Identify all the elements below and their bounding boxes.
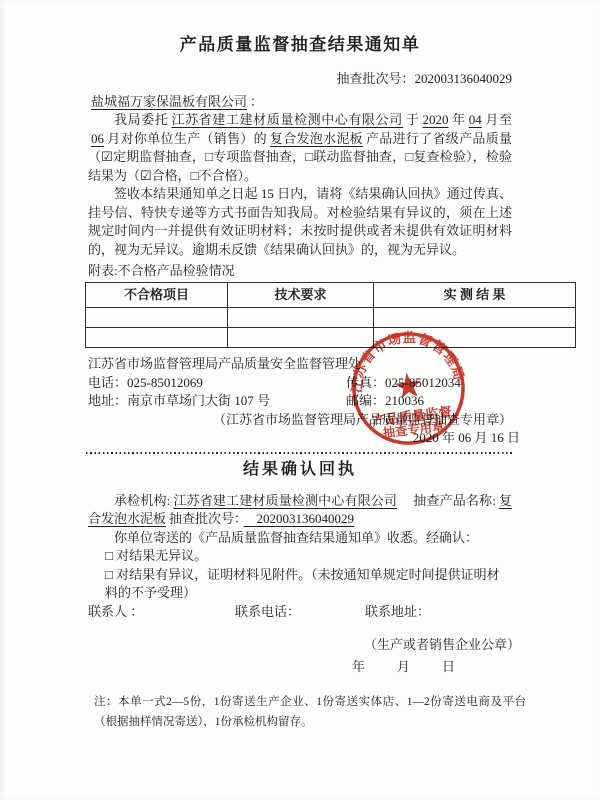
para1-text: 我局委托: [114, 112, 168, 127]
distribution-footnote: 注：本单一式2—5份，1份寄送生产企业、1份寄送实体店、1—2份寄送电商及平台（…: [94, 692, 526, 732]
col-header-technical-requirement: 技术要求: [228, 283, 374, 308]
option-has-objection: □ 对结果有异议，证明材料见附件。（未按通知单规定时间提供证明材料的不予受理）: [88, 566, 512, 603]
table-cell-empty: [86, 308, 228, 328]
agency-address: 地址：南京市草场门大街 107 号: [88, 392, 346, 411]
option-no-objection: □ 对结果无异议。: [88, 547, 512, 566]
attachment-table-label: 附表:不合格产品检验情况: [88, 262, 512, 279]
year-value: 2020: [420, 112, 452, 127]
table-cell-empty: [228, 308, 374, 328]
table-cell-empty: [86, 328, 228, 348]
para1-text: 月至: [485, 112, 512, 127]
red-seal-stamp: 江苏省市场监督管理局 产品质量监督 抽查专用章: [342, 322, 475, 455]
document-title: 产品质量监督抽查结果通知单: [88, 34, 512, 56]
col-header-defect-item: 不合格项目: [86, 283, 228, 308]
batch-number-line: 抽查批次号：202003136040029: [88, 70, 512, 89]
confirm-intro-line: 你单位寄送的《产品质量监督抽查结果通知单》收悉。经确认：: [88, 529, 512, 548]
receipt-agency-label: 承检机构:: [114, 493, 170, 508]
receipt-product-label: 抽查产品名称:: [400, 493, 496, 508]
contact-person-label: 联系人 ：: [88, 603, 235, 622]
receipt-batch-label: 抽查批次号：: [169, 511, 241, 526]
receipt-batch-number: 202003136040029: [241, 511, 358, 526]
para1-text: 月对你单位生产（销售）的: [107, 131, 267, 146]
document-content: 产品质量监督抽查结果通知单 抽查批次号：202003136040029 盐城福万…: [0, 0, 600, 732]
tear-off-dotted-line: [86, 451, 514, 454]
defect-result-table: 不合格项目 技术要求 实 测 结 果: [85, 282, 576, 348]
table-cell-empty: [374, 308, 576, 328]
contact-phone-label: 联系电话：: [235, 603, 365, 622]
table-row: [86, 328, 576, 348]
stamp-star-icon: [393, 371, 422, 399]
receipt-agency-name: 江苏省建工建材质量检测中心有限公司: [170, 493, 400, 508]
receipt-title: 结果确认回执: [88, 459, 512, 481]
date-blanks: 年 月 日: [88, 658, 512, 677]
company-seal-caption: （生产或者销售企业公章）: [88, 636, 520, 655]
start-month-value: 04: [466, 112, 485, 127]
contact-address-label: 联系地址：: [365, 603, 430, 622]
receipt-info-paragraph: 承检机构:江苏省建工建材质量检测中心有限公司 抽查产品名称:复合发泡水泥板抽查批…: [88, 492, 512, 529]
recipient-line: 盐城福万家保温板有限公司：: [88, 93, 512, 112]
end-month-value: 06: [88, 131, 107, 146]
notice-paragraph-2: 签收本结果通知单之日起 15 日内，请将《结果确认回执》通过传真、挂号信、特快专…: [88, 185, 512, 259]
product-name: 复合发泡水泥板: [267, 131, 366, 146]
recipient-company-name: 盐城福万家保温板有限公司: [88, 94, 250, 109]
table-header-row: 不合格项目 技术要求 实 测 结 果: [86, 283, 576, 308]
col-header-measured-result: 实 测 结 果: [374, 283, 576, 308]
para1-text: 于: [406, 112, 420, 127]
inspection-agency-name: 江苏省建工建材质量检测中心有限公司: [168, 112, 405, 127]
para1-text: 年: [452, 112, 466, 127]
agency-phone: 电话：025-85012069: [88, 374, 346, 393]
table-row: [86, 308, 576, 328]
recipient-colon: ：: [250, 94, 263, 109]
scanned-document-page: 产品质量监督抽查结果通知单 抽查批次号：202003136040029 盐城福万…: [0, 0, 600, 800]
contacts-row: 联系人 ： 联系电话： 联系地址：: [88, 603, 512, 622]
notice-paragraph-1: 我局委托江苏省建工建材质量检测中心有限公司于2020年04月至06月对你单位生产…: [88, 111, 512, 185]
